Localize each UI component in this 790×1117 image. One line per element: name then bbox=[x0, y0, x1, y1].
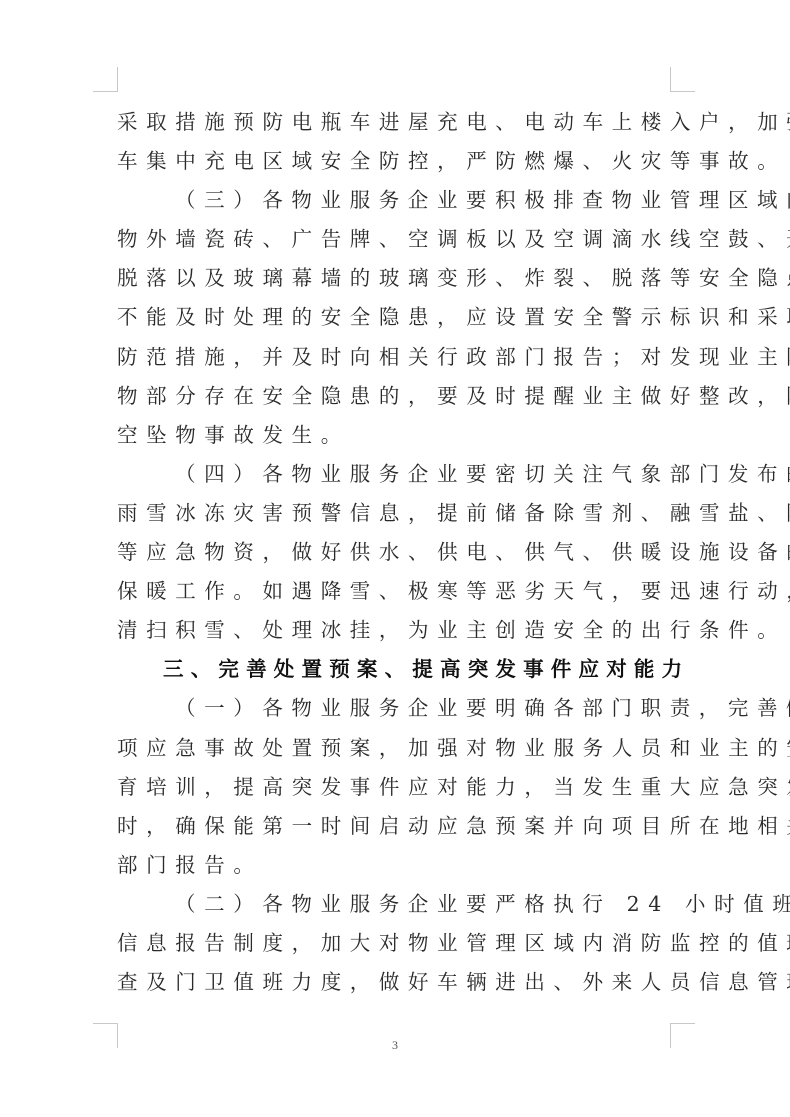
text-line: 空坠物事故发生。 bbox=[117, 416, 677, 455]
text-line: 雨雪冰冻灾害预警信息，提前储备除雪剂、融雪盐、防滑垫 bbox=[117, 494, 677, 533]
section-heading: 三、完善处置预案、提高突发事件应对能力 bbox=[117, 650, 677, 689]
text-line: 防范措施，并及时向相关行政部门报告；对发现业主阳台堆 bbox=[117, 338, 677, 377]
text-line: 车集中充电区域安全防控，严防燃爆、火灾等事故。 bbox=[117, 142, 677, 181]
text-line: 时，确保能第一时间启动应急预案并向项目所在地相关行政 bbox=[117, 807, 677, 846]
margin-corner-mark-top-right bbox=[670, 67, 695, 92]
text-line: 不能及时处理的安全隐患，应设置安全警示标识和采取有效 bbox=[117, 298, 677, 337]
document-body: 采取措施预防电瓶车进屋充电、电动车上楼入户，加强电动 车集中充电区域安全防控，严… bbox=[117, 103, 677, 1002]
paragraph-start-line: （三）各物业服务企业要积极排查物业管理区域内建筑 bbox=[117, 181, 677, 220]
text-line: 物部分存在安全隐患的，要及时提醒业主做好整改，防止高 bbox=[117, 377, 677, 416]
text-line: 采取措施预防电瓶车进屋充电、电动车上楼入户，加强电动 bbox=[117, 103, 677, 142]
text-line: 查及门卫值班力度，做好车辆进出、外来人员信息管理，提 bbox=[117, 963, 677, 1002]
text-line: 部门报告。 bbox=[117, 846, 677, 885]
margin-corner-mark-top-left bbox=[93, 67, 118, 92]
text-line: 信息报告制度，加大对物业管理区域内消防监控的值班、巡 bbox=[117, 924, 677, 963]
text-line: 脱落以及玻璃幕墙的玻璃变形、炸裂、脱落等安全隐患，对 bbox=[117, 259, 677, 298]
paragraph-start-line: （一）各物业服务企业要明确各部门职责，完善健全各 bbox=[117, 689, 677, 728]
document-page: 采取措施预防电瓶车进屋充电、电动车上楼入户，加强电动 车集中充电区域安全防控，严… bbox=[0, 0, 790, 1117]
text-line: 项应急事故处置预案，加强对物业服务人员和业主的安全教 bbox=[117, 729, 677, 768]
text-line: 等应急物资，做好供水、供电、供气、供暖设施设备的防冻 bbox=[117, 533, 677, 572]
paragraph-start-line: （四）各物业服务企业要密切关注气象部门发布的低温 bbox=[117, 455, 677, 494]
text-line: 物外墙瓷砖、广告牌、空调板以及空调滴水线空鼓、开裂、 bbox=[117, 220, 677, 259]
text-line: 清扫积雪、处理冰挂，为业主创造安全的出行条件。 bbox=[117, 611, 677, 650]
text-line: 保暖工作。如遇降雪、极寒等恶劣天气，要迅速行动，及时 bbox=[117, 572, 677, 611]
page-number: 3 bbox=[0, 1038, 790, 1053]
paragraph-start-line: （二）各物业服务企业要严格执行 24 小时值班和事故 bbox=[117, 885, 677, 924]
text-line: 育培训，提高突发事件应对能力，当发生重大应急突发事件 bbox=[117, 768, 677, 807]
